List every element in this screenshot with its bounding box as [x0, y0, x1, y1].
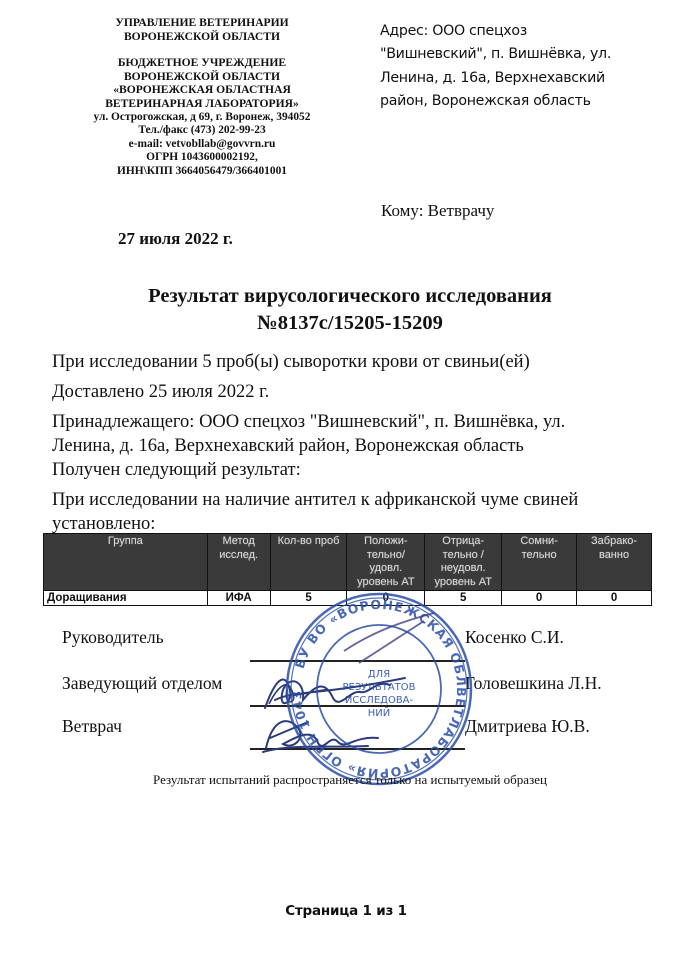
- org-line: ВОРОНЕЖСКОЙ ОБЛАСТИ: [62, 70, 342, 84]
- samples-text: При исследовании 5 проб(ы) сыворотки кро…: [52, 350, 672, 374]
- title-line: Результат вирусологического исследования: [40, 283, 660, 310]
- address-line: Адрес: ООО спецхоз: [380, 20, 670, 43]
- column-header: Метод исслед.: [207, 534, 270, 591]
- official-stamp-icon: БУ ВО «ВОРОНЕЖСКАЯ ОБЛВЕТЛАБОРАТОРИЯ» ОГ…: [284, 591, 474, 787]
- address-line: Ленина, д. 16а, Верхнехавский: [380, 67, 670, 90]
- column-header: Отрица-тельно / неудовл. уровень АТ: [425, 534, 502, 591]
- delivered-text: Доставлено 25 июля 2022 г.: [52, 380, 672, 404]
- svg-text:НИЙ: НИЙ: [368, 706, 390, 719]
- document-title: Результат вирусологического исследования…: [40, 283, 660, 337]
- result-intro: Получен следующий результат:: [52, 458, 672, 482]
- org-line: «ВОРОНЕЖСКАЯ ОБЛАСТНАЯ: [62, 83, 342, 97]
- page-number: Страница 1 из 1: [0, 903, 692, 919]
- recipient-address: Адрес: ООО спецхоз "Вишневский", п. Вишн…: [380, 20, 670, 114]
- org-email: e-mail: vetvobllab@govvrn.ru: [62, 138, 342, 152]
- recipient: Кому: Ветврачу: [381, 201, 494, 221]
- owner-text-cont: Ленина, д. 16а, Верхнехавский район, Вор…: [52, 434, 672, 458]
- document-date: 27 июля 2022 г.: [118, 229, 233, 249]
- svg-text:ДЛЯ: ДЛЯ: [368, 669, 390, 680]
- org-line: ВОРОНЕЖСКОЙ ОБЛАСТИ: [62, 30, 342, 44]
- org-line: ВЕТЕРИНАРНАЯ ЛАБОРАТОРИЯ»: [62, 97, 342, 111]
- org-address: ул. Острогожская, д 69, г. Воронеж, 3940…: [62, 111, 342, 125]
- cell-group: Доращивания: [44, 591, 208, 606]
- signature-name: Головешкина Л.Н.: [465, 673, 602, 694]
- cell-method: ИФА: [207, 591, 270, 606]
- table-header-row: Группа Метод исслед. Кол-во проб Положи-…: [44, 534, 652, 591]
- org-ogrn: ОГРН 1043600002192,: [62, 151, 342, 165]
- address-line: район, Воронежская область: [380, 90, 670, 113]
- column-header: Забрако-ванно: [577, 534, 652, 591]
- cell-rejected: 0: [577, 591, 652, 606]
- address-line: "Вишневский", п. Вишнёвка, ул.: [380, 43, 670, 66]
- organization-header: УПРАВЛЕНИЕ ВЕТЕРИНАРИИ ВОРОНЕЖСКОЙ ОБЛАС…: [62, 16, 342, 179]
- signature-role: Заведующий отделом: [62, 673, 222, 694]
- org-line: БЮДЖЕТНОЕ УЧРЕЖДЕНИЕ: [62, 56, 342, 70]
- document-number: №8137с/15205-15209: [40, 310, 660, 337]
- signature-role: Руководитель: [62, 627, 164, 648]
- org-phone: Тел./факс (473) 202-99-23: [62, 124, 342, 138]
- org-inn-kpp: ИНН\КПП 3664056479/366401001: [62, 165, 342, 179]
- svg-text:РЕЗУЛЬТАТОВ: РЕЗУЛЬТАТОВ: [342, 682, 415, 693]
- document-body: При исследовании 5 проб(ы) сыворотки кро…: [52, 350, 672, 536]
- owner-text: Принадлежащего: ООО спецхоз "Вишневский"…: [52, 410, 672, 434]
- org-line: УПРАВЛЕНИЕ ВЕТЕРИНАРИИ: [62, 16, 342, 30]
- signature-role: Ветврач: [62, 716, 122, 737]
- signature-name: Дмитриева Ю.В.: [465, 716, 590, 737]
- column-header: Группа: [44, 534, 208, 591]
- column-header: Кол-во проб: [270, 534, 347, 591]
- column-header: Сомни-тельно: [502, 534, 577, 591]
- signature-name: Косенко С.И.: [465, 627, 564, 648]
- disclaimer-note: Результат испытаний распространяется тол…: [40, 772, 660, 788]
- research-text: При исследовании на наличие антител к аф…: [52, 488, 672, 512]
- column-header: Положи-тельно/ удовл. уровень АТ: [347, 534, 425, 591]
- cell-doubtful: 0: [502, 591, 577, 606]
- svg-text:ИССЛЕДОВА-: ИССЛЕДОВА-: [345, 695, 414, 706]
